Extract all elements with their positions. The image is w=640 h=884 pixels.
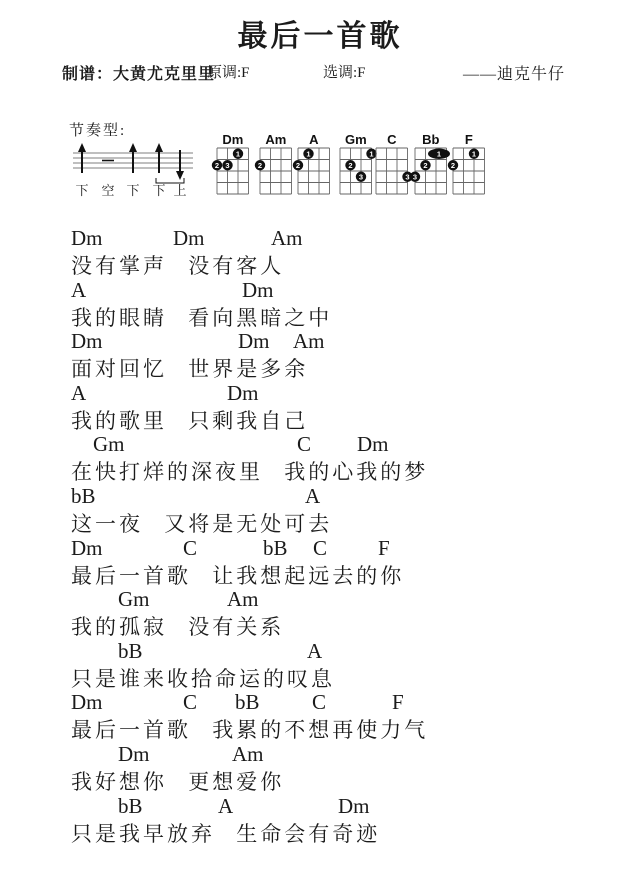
chord-label: Dm: [118, 742, 150, 767]
song-line: ADm我的眼睛 看向黑暗之中: [0, 278, 640, 330]
chord-label: Am: [293, 329, 325, 354]
chord-label: Dm: [238, 329, 270, 354]
chord-label: Am: [232, 742, 264, 767]
finger-number: 1: [472, 149, 476, 158]
meta-row: 制谱：大黄尤克里里 原调:F 选调:F ——迪克牛仔: [0, 61, 640, 85]
chord-diagram-name: Am: [265, 132, 286, 147]
strum-down-arrow-icon: [176, 150, 184, 180]
chord-diagram-a: A12: [291, 132, 339, 204]
chord-diagram-f: F12: [446, 132, 494, 204]
chord-label: Dm: [242, 278, 274, 303]
chord-diagram-name: Gm: [345, 132, 367, 147]
strum-step-label: 下: [126, 183, 139, 198]
chord-diagram-name: Bb: [422, 132, 439, 147]
chord-label: Dm: [71, 329, 103, 354]
chord-label: bB: [118, 794, 143, 819]
chord-label: A: [71, 278, 86, 303]
chord-diagram-dm: Dm123: [210, 132, 258, 204]
chord-label: Dm: [71, 690, 103, 715]
rhythm-pattern-label: 节奏型:: [69, 119, 126, 140]
chord-label: C: [297, 432, 311, 457]
song-line: bBADm只是我早放弃 生命会有奇迹: [0, 794, 640, 846]
lyric-text: 这一夜 又将是无处可去: [71, 508, 332, 538]
strum-step-label: 上: [173, 183, 186, 198]
lyric-text: 我好想你 更想爱你: [71, 766, 284, 796]
strum-step-label: 空: [101, 183, 114, 198]
chord-label: Dm: [71, 226, 103, 251]
chord-label: Dm: [338, 794, 370, 819]
chord-label: Dm: [227, 381, 259, 406]
chord-label: Gm: [93, 432, 125, 457]
finger-number: 2: [451, 161, 455, 170]
finger-number: 2: [348, 161, 352, 170]
chord-label: Gm: [118, 587, 150, 612]
chord-label: Am: [271, 226, 303, 251]
lyric-text: 面对回忆 世界是多余: [71, 353, 308, 383]
lyric-text: 最后一首歌 让我想起远去的你: [71, 560, 404, 590]
chord-label: bB: [263, 536, 288, 561]
chord-diagram-name: F: [465, 132, 473, 147]
lyrics-section: DmDmAm没有掌声 没有客人ADm我的眼睛 看向黑暗之中DmDmAm面对回忆 …: [0, 226, 640, 845]
finger-number: 2: [296, 161, 300, 170]
selected-key: 选调:F: [323, 61, 366, 82]
chord-label: A: [307, 639, 322, 664]
lyric-text: 我的眼睛 看向黑暗之中: [71, 302, 332, 332]
finger-number: 1: [236, 149, 240, 158]
strum-step-label: 下: [75, 183, 88, 198]
strum-step-label: 下: [152, 183, 165, 198]
song-line: GmCDm在快打烊的深夜里 我的心我的梦: [0, 432, 640, 484]
song-title: 最后一首歌: [0, 11, 640, 55]
lyric-text: 只是谁来收拾命运的叹息: [71, 663, 335, 693]
chord-label: Dm: [71, 536, 103, 561]
lyric-text: 只是我早放弃 生命会有奇迹: [71, 818, 380, 848]
chord-label: A: [305, 484, 320, 509]
chord-label: Dm: [357, 432, 389, 457]
chord-diagram-name: Dm: [222, 132, 243, 147]
finger-number: 3: [225, 161, 229, 170]
song-line: ADm我的歌里 只剩我自己: [0, 381, 640, 433]
chord-label: bB: [118, 639, 143, 664]
finger-number: 2: [215, 161, 219, 170]
lyric-text: 没有掌声 没有客人: [71, 250, 284, 280]
song-line: DmDmAm面对回忆 世界是多余: [0, 329, 640, 381]
finger-number: 2: [258, 161, 262, 170]
chord-label: F: [378, 536, 390, 561]
chord-label: F: [392, 690, 404, 715]
finger-number: 2: [423, 161, 427, 170]
chord-label: C: [183, 536, 197, 561]
lyric-text: 最后一首歌 我累的不想再使力气: [71, 714, 428, 744]
song-line: DmAm我好想你 更想爱你: [0, 742, 640, 794]
chord-label: bB: [71, 484, 96, 509]
song-line: DmDmAm没有掌声 没有客人: [0, 226, 640, 278]
strum-pattern-diagram: 下空下下上: [60, 138, 210, 200]
finger-number: 3: [413, 172, 417, 181]
chord-label: C: [183, 690, 197, 715]
chord-label: bB: [235, 690, 260, 715]
song-line: DmCbBCF最后一首歌 让我想起远去的你: [0, 536, 640, 588]
artist-name: ——迪克牛仔: [463, 61, 565, 84]
chord-label: A: [218, 794, 233, 819]
lyric-text: 我的歌里 只剩我自己: [71, 405, 308, 435]
finger-number: 3: [359, 172, 363, 181]
original-key: 原调:F: [207, 61, 250, 82]
transcriber-credit: 制谱：大黄尤克里里: [62, 61, 215, 84]
lyric-text: 我的孤寂 没有关系: [71, 611, 284, 641]
song-line: bBA只是谁来收拾命运的叹息: [0, 639, 640, 691]
chord-diagram-name: A: [309, 132, 319, 147]
chord-diagram-name: C: [387, 132, 397, 147]
song-line: bBA这一夜 又将是无处可去: [0, 484, 640, 536]
chord-label: Dm: [173, 226, 205, 251]
chord-sheet-page: 最后一首歌 制谱：大黄尤克里里 原调:F 选调:F ——迪克牛仔 节奏型: 下空…: [0, 0, 640, 884]
chord-label: C: [313, 536, 327, 561]
song-line: DmCbBCF最后一首歌 我累的不想再使力气: [0, 690, 640, 742]
finger-number: 1: [306, 149, 310, 158]
chord-label: C: [312, 690, 326, 715]
chord-label: Am: [227, 587, 259, 612]
chord-label: A: [71, 381, 86, 406]
finger-number: 1: [437, 149, 441, 158]
song-line: GmAm我的孤寂 没有关系: [0, 587, 640, 639]
lyric-text: 在快打烊的深夜里 我的心我的梦: [71, 456, 428, 486]
